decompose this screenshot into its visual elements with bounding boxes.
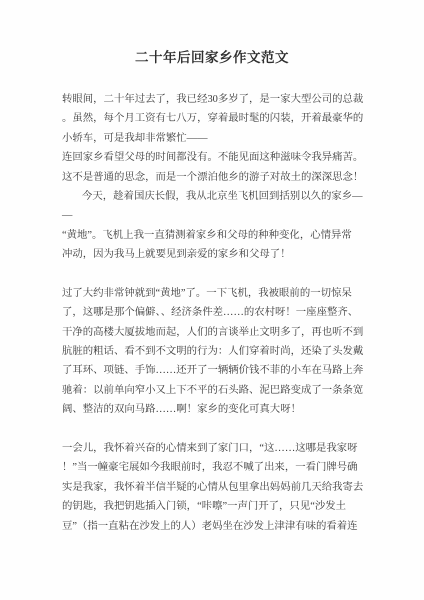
essay-title: 二十年后回家乡作文范文	[0, 46, 424, 66]
essay-body: 转眼间，二十年过去了，我已经30多岁了，是一家大型公司的总裁。虽然，每个月工资有…	[62, 90, 364, 536]
essay-line: —	[62, 206, 364, 225]
essay-line: 了耳环、项链、手饰……还开了一辆辆价钱不菲的小车在马路上奔	[62, 361, 364, 380]
essay-line: 驰着：以前单向窄小又上下不平的石头路、泥巴路变成了一条条宽	[62, 381, 364, 400]
essay-line: 转眼间，二十年过去了，我已经30多岁了，是一家大型公司的总裁	[62, 90, 364, 109]
essay-line: 小轿车，可是我却非常繁忙——	[62, 129, 364, 148]
essay-line: 过了大约非常钟就到“黄地”了。一下飞机，我被眼前的一切惊呆	[62, 284, 364, 303]
essay-line: 今天，趁着国庆长假，我从北京坐飞机回到括别以久的家乡—	[62, 187, 364, 206]
document-page: 二十年后回家乡作文范文 转眼间，二十年过去了，我已经30多岁了，是一家大型公司的…	[0, 0, 424, 600]
essay-line: 的钥匙，我把钥匙插入门锁，“咔嚓”一声门开了，只见“沙发土	[62, 497, 364, 516]
essay-line: 这不是普通的思念，而是一个漂泊他乡的游子对故土的深深思念！	[62, 168, 364, 187]
essay-line: 实是我家，我怀着半信半疑的心情从包里拿出妈妈前几天给我寄去	[62, 478, 364, 497]
essay-line: 一会儿，我怀着兴奋的心情来到了家门口，“这……这哪是我家呀	[62, 439, 364, 458]
essay-line: 干净的高楼大厦拔地而起，人们的言谈举止文明多了，再也听不到	[62, 323, 364, 342]
essay-line: 连回家乡看望父母的时间都没有。不能见面这种滋味令我异痛苦。	[62, 148, 364, 167]
essay-line: 肮脏的粗话、看不到不文明的行为：人们穿着时尚，还染了头发戴	[62, 342, 364, 361]
essay-line: 豆”（指一直粘在沙发上的人）老妈坐在沙发上津津有味的看着连	[62, 517, 364, 536]
essay-line: “黄地”。飞机上我一直猜测着家乡和父母的种种变化，心情异常	[62, 226, 364, 245]
essay-line: 冲动，因为我马上就要见到亲爱的家乡和父母了！	[62, 245, 364, 264]
essay-line: 了，这哪是那个偏僻、、经济条件差……的农村呀！一座座整齐、	[62, 303, 364, 322]
essay-line: ！”当一幢豪宅展如今我眼前时，我忍不喊了出来，一看门牌号确	[62, 458, 364, 477]
essay-line: 阔、整洁的双向马路……啊！家乡的变化可真大呀！	[62, 400, 364, 419]
essay-line: 。虽然，每个月工资有七八万，穿着最时髦的闪装，开着最豪华的	[62, 109, 364, 128]
